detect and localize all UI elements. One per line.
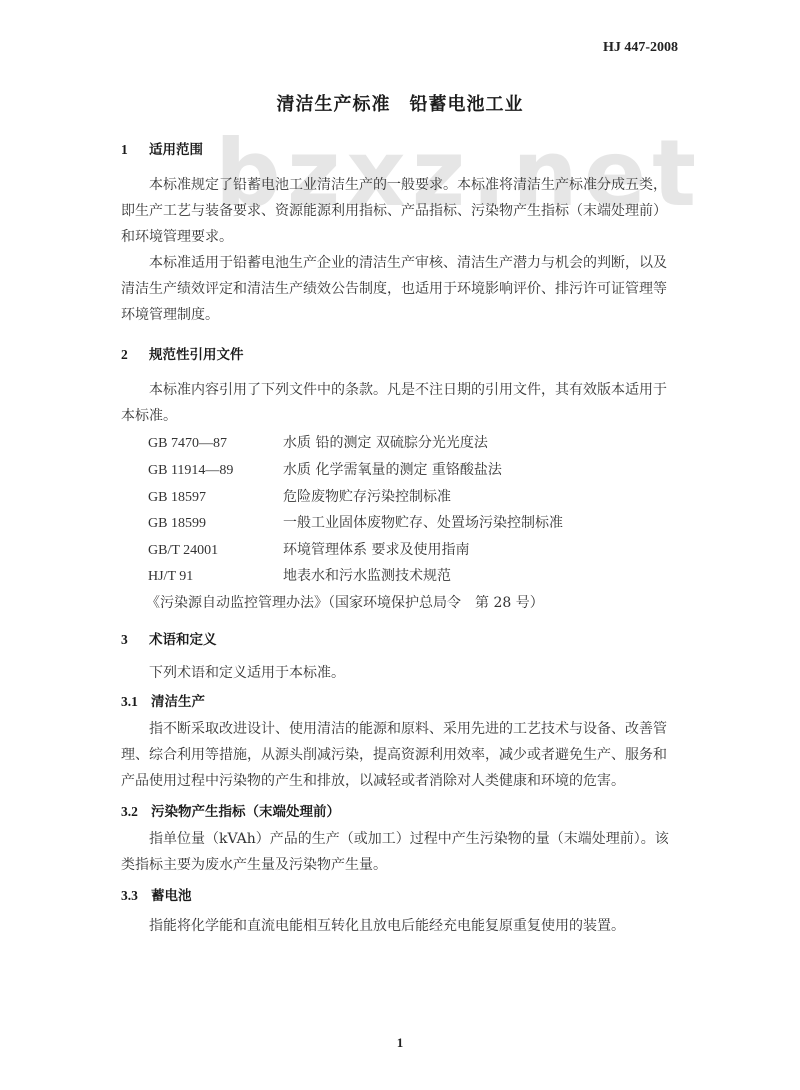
reference-code: GB 18597 bbox=[148, 490, 206, 505]
paragraph: 本标准适用于铅蓄电池生产企业的清洁生产审核、清洁生产潜力与机会的判断，以及清洁生… bbox=[121, 250, 676, 328]
subsection-number: 3.2 bbox=[121, 804, 151, 820]
section-heading-3: 3术语和定义 bbox=[121, 628, 217, 648]
subsection-heading-3-2: 3.2污染物产生指标（末端处理前） bbox=[121, 800, 340, 820]
reference-item: HJ/T 91 bbox=[148, 565, 193, 585]
paragraph: 指能将化学能和直流电能相互转化且放电后能经充电能复原重复使用的装置。 bbox=[121, 913, 676, 939]
subsection-number: 3.1 bbox=[121, 694, 151, 710]
reference-item: GB 18597 bbox=[148, 486, 206, 506]
reference-item: GB 11914—89 bbox=[148, 459, 233, 479]
subsection-title: 蓄电池 bbox=[151, 888, 192, 904]
reference-item: GB/T 24001 bbox=[148, 539, 218, 559]
document-page: bzxz.net HJ 447-2008 清洁生产标准 铅蓄电池工业 1适用范围… bbox=[0, 0, 800, 1090]
paragraph: 本标准内容引用了下列文件中的条款。凡是不注日期的引用文件，其有效版本适用于本标准… bbox=[121, 377, 676, 429]
standard-code: HJ 447-2008 bbox=[603, 40, 678, 56]
subsection-number: 3.3 bbox=[121, 888, 151, 904]
reference-title: 水质 化学需氧量的测定 重铬酸盐法 bbox=[283, 459, 502, 479]
paragraph: 指单位量（kVAh）产品的生产（或加工）过程中产生污染物的量（末端处理前）。该类… bbox=[121, 826, 676, 878]
section-number: 3 bbox=[121, 632, 149, 648]
section-title: 适用范围 bbox=[149, 142, 203, 158]
section-title: 术语和定义 bbox=[149, 632, 217, 648]
section-title: 规范性引用文件 bbox=[149, 347, 244, 363]
reference-title: 水质 铅的测定 双硫腙分光光度法 bbox=[283, 432, 488, 452]
paragraph: 下列术语和定义适用于本标准。 bbox=[121, 660, 676, 686]
reference-code: GB/T 24001 bbox=[148, 543, 218, 558]
section-number: 1 bbox=[121, 142, 149, 158]
reference-code: GB 18599 bbox=[148, 516, 206, 531]
reference-code: GB 7470—87 bbox=[148, 436, 227, 451]
section-heading-1: 1适用范围 bbox=[121, 138, 203, 158]
subsection-heading-3-3: 3.3蓄电池 bbox=[121, 884, 192, 904]
reference-item: GB 18599 bbox=[148, 512, 206, 532]
reference-code: GB 11914—89 bbox=[148, 463, 233, 478]
extra-reference: 《污染源自动监控管理办法》（国家环境保护总局令 第 28 号） bbox=[146, 592, 544, 612]
subsection-title: 污染物产生指标（末端处理前） bbox=[151, 804, 340, 820]
reference-title: 一般工业固体废物贮存、处置场污染控制标准 bbox=[283, 512, 563, 532]
reference-title: 环境管理体系 要求及使用指南 bbox=[283, 539, 469, 559]
reference-item: GB 7470—87 bbox=[148, 432, 227, 452]
section-number: 2 bbox=[121, 347, 149, 363]
section-heading-2: 2规范性引用文件 bbox=[121, 343, 244, 363]
reference-code: HJ/T 91 bbox=[148, 569, 193, 584]
paragraph: 指不断采取改进设计、使用清洁的能源和原料、采用先进的工艺技术与设备、改善管理、综… bbox=[121, 716, 676, 794]
reference-title: 危险废物贮存污染控制标准 bbox=[283, 486, 451, 506]
paragraph: 本标准规定了铅蓄电池工业清洁生产的一般要求。本标准将清洁生产标准分成五类，即生产… bbox=[121, 172, 676, 250]
page-number: 1 bbox=[0, 1035, 800, 1051]
reference-title: 地表水和污水监测技术规范 bbox=[283, 565, 451, 585]
subsection-title: 清洁生产 bbox=[151, 694, 205, 710]
document-title: 清洁生产标准 铅蓄电池工业 bbox=[0, 90, 800, 116]
subsection-heading-3-1: 3.1清洁生产 bbox=[121, 690, 205, 710]
